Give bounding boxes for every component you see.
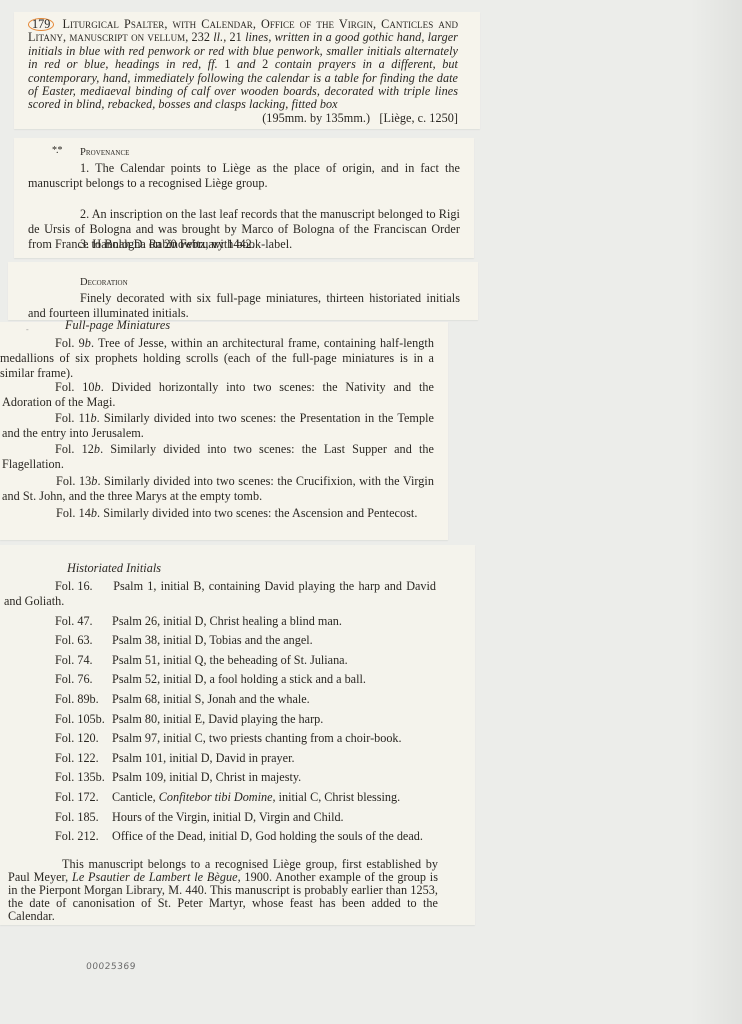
miniature-item: Fol. 14b. Similarly divided into two sce… (2, 506, 434, 521)
provenance-heading: Provenance (80, 145, 130, 160)
initial-description: Psalm 51, initial Q, the beheading of St… (112, 653, 348, 667)
initial-description: Office of the Dead, initial D, God holdi… (112, 829, 423, 843)
ff-second: 2 (262, 57, 268, 71)
historiated-initials-list: Fol. 16. Psalm 1, initial B, containing … (4, 579, 436, 849)
folio-ref: Fol. 11 (55, 411, 90, 425)
list-item: Fol. 89b. Psalm 68, initial S, Jonah and… (4, 692, 436, 707)
asterism-icon: *.* (52, 143, 62, 158)
folio-ref: Fol. 76. (55, 672, 109, 687)
catalogue-entry: 179 Liturgical Psalter, with Calendar, O… (28, 18, 458, 125)
inventory-stamp: 00025369 (86, 962, 137, 972)
closing-note: This manuscript belongs to a recognised … (8, 858, 438, 923)
miniature-item: Fol. 11b. Similarly divided into two sce… (2, 411, 434, 441)
miniature-text: . Similarly divided into two scenes: the… (97, 506, 417, 520)
ff-first: 1 (224, 57, 230, 71)
initial-description: Psalm 38, initial D, Tobias and the ange… (112, 633, 313, 647)
miniature-item: Fol. 9b. Tree of Jesse, within an archit… (0, 336, 434, 381)
folio-ref: Fol. 172. (55, 790, 109, 805)
leaf-abbr: ll. (213, 30, 223, 44)
list-item: Fol. 76. Psalm 52, initial D, a fool hol… (4, 672, 436, 687)
folio-ref: Fol. 9 (55, 336, 85, 350)
note-citation: Le Psautier de Lambert le Bègue, (72, 870, 241, 884)
stray-mark: - (26, 325, 29, 334)
list-item: Fol. 120. Psalm 97, initial C, two pries… (4, 731, 436, 746)
folio-ref: Fol. 122. (55, 751, 109, 766)
initial-description: Psalm 52, initial D, a fool holding a st… (112, 672, 366, 686)
folio-ref: Fol. 63. (55, 633, 109, 648)
list-item: Fol. 74. Psalm 51, initial Q, the behead… (4, 653, 436, 668)
decoration-intro: Finely decorated with six full-page mini… (28, 291, 460, 321)
initial-description: Psalm 109, initial D, Christ in majesty. (112, 770, 301, 784)
lot-number: 179 (28, 18, 54, 31)
list-item: Fol. 47. Psalm 26, initial D, Christ hea… (4, 614, 436, 629)
entry-footer: (195mm. by 135mm.) [Liège, c. 1250] (28, 112, 458, 125)
miniature-item: Fol. 13b. Similarly divided into two sce… (2, 474, 434, 504)
origin: [Liège, c. 1250] (379, 111, 458, 125)
list-item: Fol. 212. Office of the Dead, initial D,… (4, 829, 436, 844)
list-item: Fol. 172. Canticle, Confitebor tibi Domi… (4, 790, 436, 805)
line-count: 21 (230, 30, 242, 44)
decoration-heading: Decoration (80, 275, 128, 290)
initial-description: Hours of the Virgin, initial D, Virgin a… (112, 810, 344, 824)
folio-ref: Fol. 10 (55, 380, 95, 394)
ff-and: and (237, 57, 255, 71)
folio-ref: Fol. 16. (55, 579, 109, 594)
list-item: Fol. 105b. Psalm 80, initial E, David pl… (4, 712, 436, 727)
folio-ref: Fol. 120. (55, 731, 109, 746)
folio-ref: Fol. 47. (55, 614, 109, 629)
folio-ref: Fol. 89b. (55, 692, 109, 707)
provenance-item: 1. The Calendar points to Liège as the p… (28, 161, 460, 191)
initial-description: Psalm 26, initial D, Christ healing a bl… (112, 614, 342, 628)
folio-ref: Fol. 105b. (55, 712, 109, 727)
folio-ref: Fol. 135b. (55, 770, 109, 785)
initial-description-prefix: Canticle, (112, 790, 156, 804)
list-item: Fol. 122. Psalm 101, initial D, David in… (4, 751, 436, 766)
initial-description: Psalm 80, initial E, David playing the h… (112, 712, 323, 726)
miniature-item: Fol. 12b. Similarly divided into two sce… (2, 442, 434, 472)
folio-ref: Fol. 13 (56, 474, 91, 488)
initial-description: initial C, Christ blessing. (279, 790, 401, 804)
folio-ref: Fol. 12 (55, 442, 94, 456)
initial-description: Psalm 68, initial S, Jonah and the whale… (112, 692, 310, 706)
list-item: Fol. 16. Psalm 1, initial B, containing … (4, 579, 436, 609)
folio-ref: Fol. 74. (55, 653, 109, 668)
initial-description: Psalm 101, initial D, David in prayer. (112, 751, 294, 765)
folio-ref: Fol. 212. (55, 829, 109, 844)
list-item: Fol. 135b. Psalm 109, initial D, Christ … (4, 770, 436, 785)
miniature-item: Fol. 10b. Divided horizontally into two … (2, 380, 434, 410)
dimensions: (195mm. by 135mm.) (262, 111, 370, 125)
provenance-item: 3. Hannah D. Rabinowitz, with book-label… (28, 237, 460, 252)
list-item: Fol. 185. Hours of the Virgin, initial D… (4, 810, 436, 825)
initial-description: Psalm 97, initial C, two priests chantin… (112, 731, 402, 745)
ff-abbr: ff. (208, 57, 218, 71)
list-item: Fol. 63. Psalm 38, initial D, Tobias and… (4, 633, 436, 648)
historiated-initials-heading: Historiated Initials (67, 561, 161, 576)
folio-ref: Fol. 14 (56, 506, 91, 520)
full-page-miniatures-heading: Full-page Miniatures (65, 318, 170, 333)
leaf-count: 232 (192, 30, 210, 44)
folio-ref: Fol. 185. (55, 810, 109, 825)
canticle-title: Confitebor tibi Domine, (159, 790, 276, 804)
